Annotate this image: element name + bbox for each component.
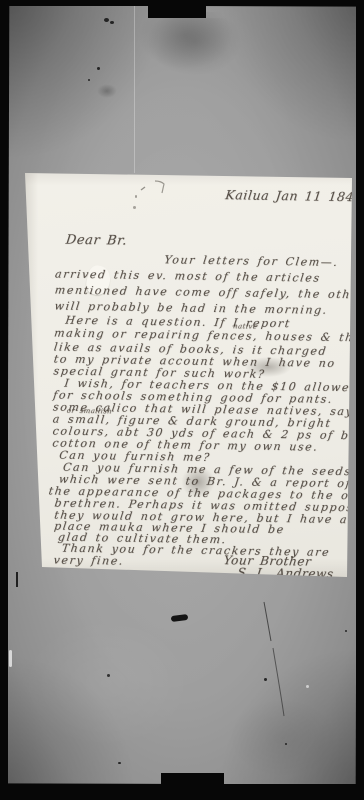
dust-speck (345, 630, 347, 632)
handwriting-body: very fine. (53, 554, 125, 568)
film-scratch-streak (134, 6, 135, 173)
dust-speck (88, 79, 90, 81)
handwriting-interlineation: native (233, 322, 258, 330)
handwriting-body: arrived this ev. most of the articles (54, 267, 321, 284)
microfilm-frame: Kailua Jan 11 1841Dear Br.Your letters f… (0, 0, 364, 800)
handwriting-body: Your letters for Clem—. (164, 253, 340, 269)
dust-speck (97, 67, 100, 70)
dark-cloud (138, 12, 233, 70)
handwriting-salutation: Dear Br. (65, 233, 128, 249)
handwriting-body: mentioned have come off safely, the othe… (54, 283, 352, 301)
light-patch (22, 618, 192, 748)
dust-speck (264, 678, 267, 681)
film-notch-bottom (161, 773, 224, 800)
letter-page: Kailua Jan 11 1841Dear Br.Your letters f… (25, 173, 352, 579)
dust-speck (306, 685, 309, 688)
dust-speck (104, 18, 109, 22)
film-border-left (0, 0, 8, 800)
edge-dark-mark (16, 572, 18, 587)
edge-white-mark (9, 650, 12, 667)
film-notch-top (148, 0, 206, 18)
dark-patch (228, 698, 338, 778)
film-border-right (356, 0, 364, 800)
handwriting-layer: Kailua Jan 11 1841Dear Br.Your letters f… (25, 173, 352, 579)
smudge-mark (97, 84, 117, 98)
dust-speck (118, 762, 121, 764)
dust-speck (110, 21, 114, 24)
handwriting-dateline: Kailua Jan 11 1841 (225, 187, 352, 204)
